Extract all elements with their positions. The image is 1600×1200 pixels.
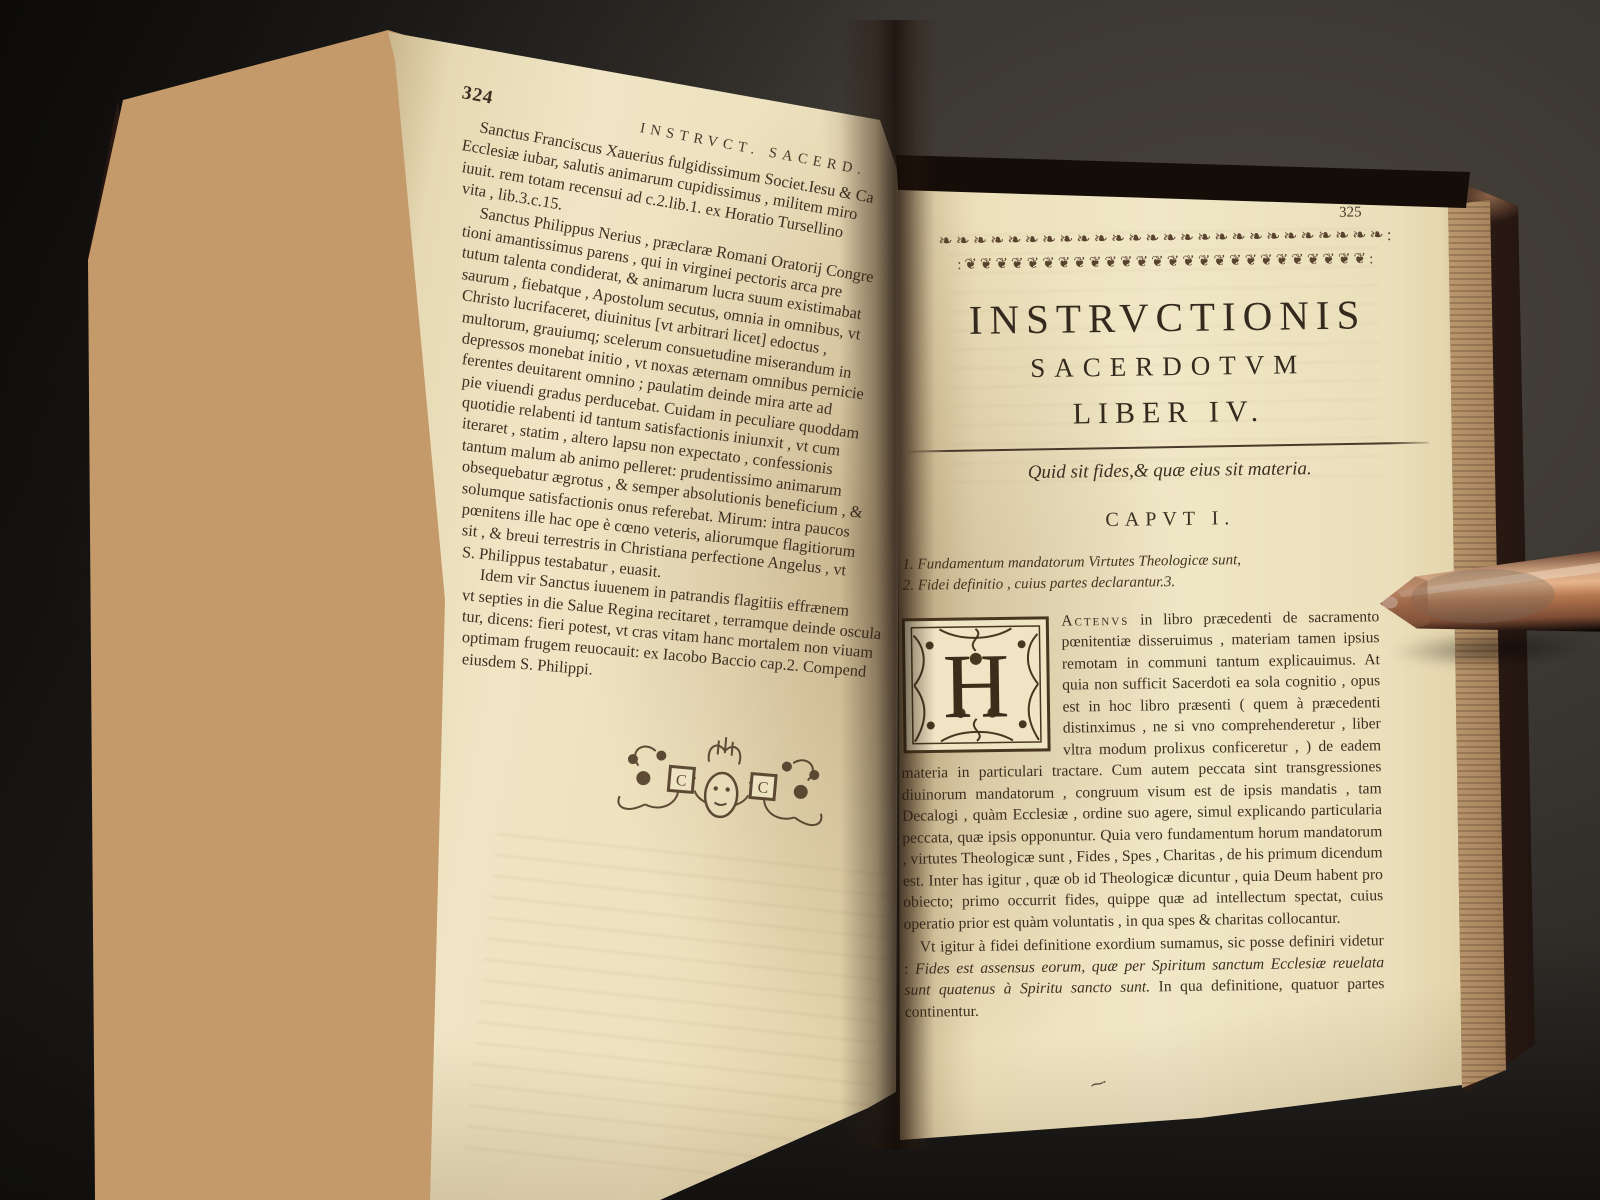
chapter-subtitle: Quid sit fides,& quæ eius sit materia. xyxy=(897,456,1442,486)
book-title-line1: INSTRVCTIONIS xyxy=(895,289,1441,345)
chapter-heading: CAPVT I. xyxy=(898,504,1443,535)
left-page-text-block: 324 INSTRVCT. SACERD. Sanctus Franciscus… xyxy=(462,82,932,670)
svg-text:H: H xyxy=(942,634,1010,737)
svg-text:C: C xyxy=(675,772,687,790)
body-lead-word: Actenvs xyxy=(1061,611,1129,629)
svg-text:C: C xyxy=(757,779,769,797)
book-title-line2: SACERDOTVM xyxy=(896,347,1441,386)
book-title-line3: LIBER IV. xyxy=(896,392,1441,434)
body-paragraph-2: Vt igitur à fidei definitione exordium s… xyxy=(904,930,1385,1023)
woodcut-initial-H-icon: H xyxy=(899,613,1053,755)
left-page-number: 324 xyxy=(460,82,495,110)
horizontal-rule xyxy=(909,441,1429,452)
tailpiece-woodcut-icon: C C xyxy=(603,723,841,848)
body-text: H Actenvs in libro præcedenti de sacrame… xyxy=(899,606,1385,1023)
right-page-number: 325 xyxy=(1339,204,1362,221)
left-page-showthrough xyxy=(464,820,896,1190)
stray-ink-mark: ⁓· xyxy=(1089,1075,1108,1095)
left-page: 324 INSTRVCT. SACERD. Sanctus Franciscus… xyxy=(385,25,917,1200)
copper-stylus-icon xyxy=(1366,534,1600,672)
photo-of-open-antique-book: 324 INSTRVCT. SACERD. Sanctus Franciscus… xyxy=(0,0,1600,1200)
